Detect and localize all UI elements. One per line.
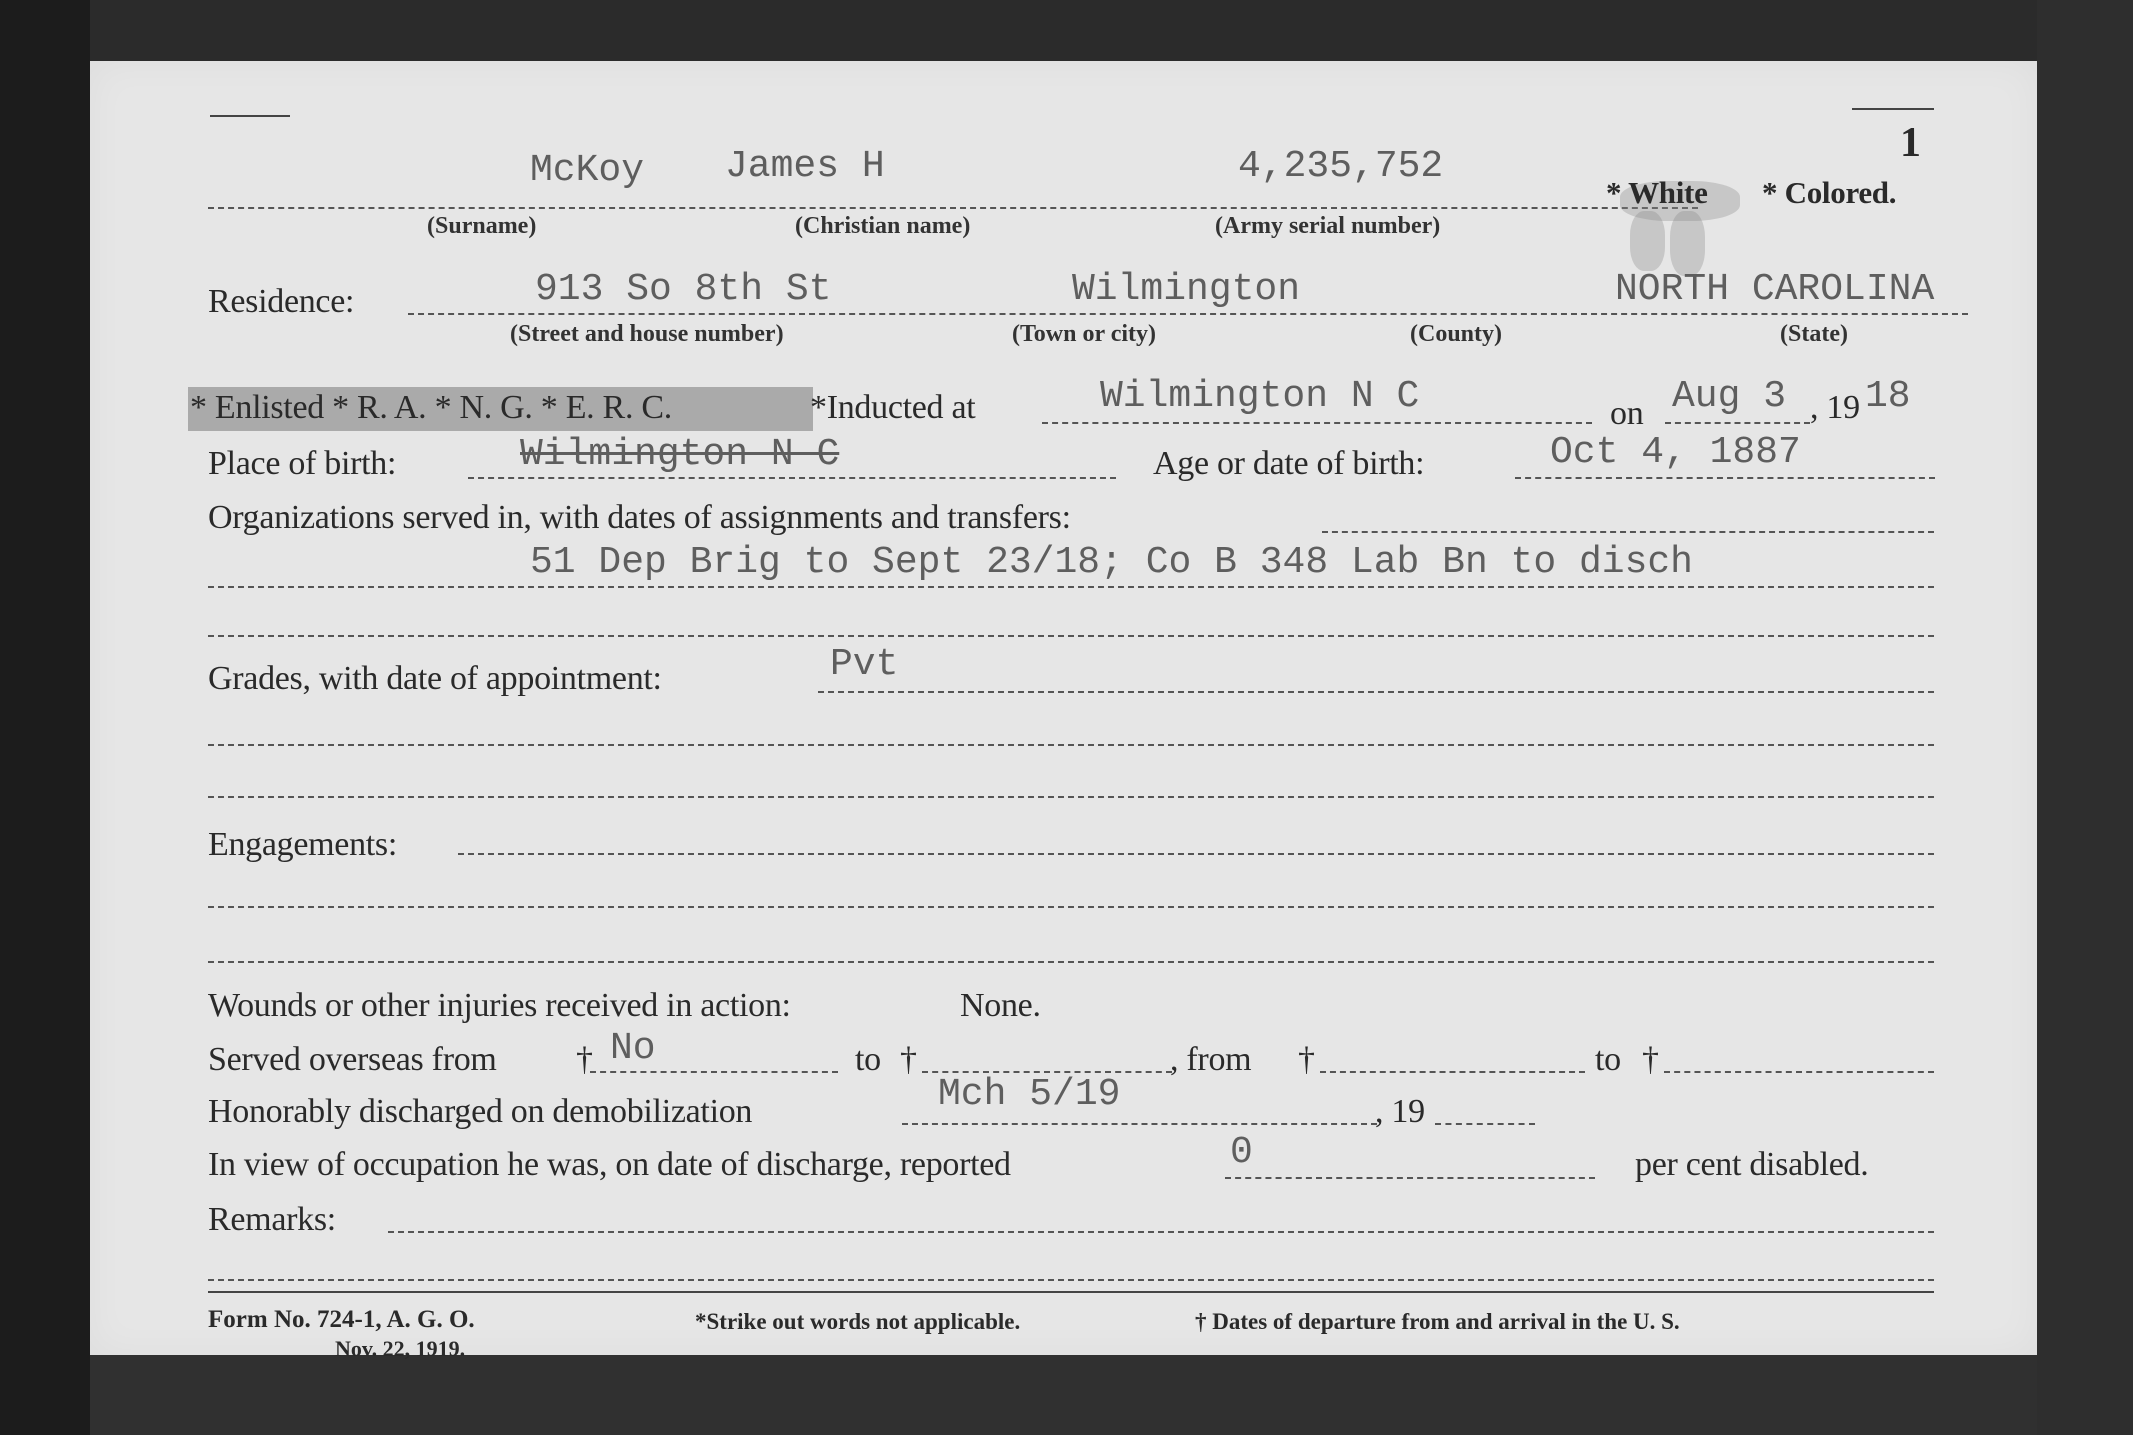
organizations-entry: 51 Dep Brig to Sept 23/18; Co B 348 Lab … bbox=[530, 541, 1693, 584]
overseas-to2-label: to bbox=[1595, 1041, 1621, 1079]
date-of-birth-label: Age or date of birth: bbox=[1153, 445, 1424, 483]
scan-border-bottom bbox=[90, 1355, 2037, 1435]
inducted-on-label: on bbox=[1610, 395, 1643, 433]
serial-number-label: (Army serial number) bbox=[1215, 213, 1440, 240]
overseas-to2-line bbox=[1664, 1071, 1934, 1073]
engagements-line-3 bbox=[208, 961, 1934, 963]
inducted-place-value: Wilmington N C bbox=[1100, 375, 1419, 418]
top-left-rule bbox=[210, 115, 290, 117]
remarks-line-1 bbox=[388, 1231, 1934, 1233]
surname-value: McKoy bbox=[530, 149, 644, 192]
discharge-date-line bbox=[902, 1123, 1377, 1125]
ink-smudge-drip bbox=[1630, 211, 1665, 271]
grades-line-3 bbox=[208, 796, 1934, 798]
surname-label: (Surname) bbox=[427, 213, 536, 240]
organizations-line-2 bbox=[208, 586, 1934, 588]
race-colored-option: * Colored. bbox=[1762, 175, 1896, 211]
engagements-line-1 bbox=[458, 853, 1934, 855]
inducted-date-line bbox=[1665, 422, 1810, 424]
dagger-icon: † bbox=[1642, 1041, 1659, 1079]
street-value: 913 So 8th St bbox=[535, 268, 831, 311]
disability-value: 0 bbox=[1230, 1131, 1253, 1174]
dagger-icon: † bbox=[900, 1041, 917, 1079]
dagger-icon: † bbox=[1298, 1041, 1315, 1079]
serial-number-value: 4,235,752 bbox=[1238, 145, 1443, 188]
scan-border-right bbox=[2037, 0, 2133, 1435]
disability-label: In view of occupation he was, on date of… bbox=[208, 1146, 1011, 1184]
discharge-label: Honorably discharged on demobilization bbox=[208, 1093, 752, 1131]
residence-label: Residence: bbox=[208, 283, 354, 321]
overseas-from-line bbox=[590, 1071, 838, 1073]
date-of-birth-value: Oct 4, 1887 bbox=[1550, 431, 1801, 474]
inducted-at-label: *Inducted at bbox=[810, 389, 975, 427]
grades-line-1 bbox=[818, 691, 1934, 693]
inducted-date-value: Aug 3 bbox=[1672, 375, 1786, 418]
inducted-place-line bbox=[1042, 422, 1592, 424]
disability-suffix: per cent disabled. bbox=[1635, 1146, 1868, 1184]
discharge-date-value: Mch 5/19 bbox=[938, 1073, 1120, 1116]
strike-out-note: *Strike out words not applicable. bbox=[695, 1309, 1020, 1335]
grades-entry: Pvt bbox=[830, 643, 898, 686]
place-of-birth-value: Wilmington N C bbox=[520, 433, 839, 476]
overseas-from-label: Served overseas from bbox=[208, 1041, 497, 1079]
street-label: (Street and house number) bbox=[510, 321, 784, 348]
christian-name-label: (Christian name) bbox=[795, 213, 970, 240]
organizations-label: Organizations served in, with dates of a… bbox=[208, 499, 1071, 537]
wounds-value: None. bbox=[960, 987, 1041, 1025]
engagements-label: Engagements: bbox=[208, 826, 397, 864]
wounds-label: Wounds or other injuries received in act… bbox=[208, 987, 791, 1025]
overseas-from2-label: , from bbox=[1170, 1041, 1251, 1079]
grades-label: Grades, with date of appointment: bbox=[208, 660, 662, 698]
name-line bbox=[208, 207, 1698, 209]
overseas-to-label: to bbox=[855, 1041, 881, 1079]
footer-rule bbox=[208, 1291, 1934, 1293]
remarks-line-2 bbox=[208, 1279, 1934, 1281]
form-number: Form No. 724-1, A. G. O. bbox=[208, 1306, 475, 1334]
overseas-from-value: No bbox=[610, 1027, 656, 1070]
date-of-birth-line bbox=[1515, 477, 1935, 479]
place-of-birth-line bbox=[468, 477, 1116, 479]
residence-line bbox=[408, 313, 1968, 315]
organizations-line-3 bbox=[208, 635, 1934, 637]
top-right-rule bbox=[1852, 108, 1934, 110]
form-date: Nov. 22, 1919. bbox=[335, 1336, 465, 1362]
discharge-year-line bbox=[1435, 1123, 1535, 1125]
state-label: (State) bbox=[1780, 321, 1848, 348]
enlistment-options-struck: * Enlisted * R. A. * N. G. * E. R. C. bbox=[190, 389, 672, 427]
organizations-line-1 bbox=[1322, 531, 1934, 533]
ink-smudge-drip bbox=[1670, 211, 1705, 276]
dagger-note: † Dates of departure from and arrival in… bbox=[1195, 1309, 1680, 1335]
grades-line-2 bbox=[208, 744, 1934, 746]
page-number: 1 bbox=[1900, 119, 1921, 167]
county-label: (County) bbox=[1410, 321, 1502, 348]
inducted-year-prefix: , 19 bbox=[1810, 389, 1860, 427]
town-value: Wilmington bbox=[1072, 268, 1300, 311]
state-value: NORTH CAROLINA bbox=[1615, 268, 1934, 311]
service-record-card: 1 McKoy James H 4,235,752 * White * Colo… bbox=[90, 61, 2037, 1355]
overseas-from2-line bbox=[1320, 1071, 1585, 1073]
dagger-icon: † bbox=[576, 1041, 593, 1079]
christian-name-value: James H bbox=[725, 145, 885, 188]
scan-border-left bbox=[0, 0, 90, 1435]
discharge-year-prefix: , 19 bbox=[1375, 1093, 1425, 1131]
inducted-year-value: 18 bbox=[1865, 375, 1911, 418]
race-white-option: * White bbox=[1606, 175, 1708, 211]
disability-line bbox=[1225, 1177, 1595, 1179]
engagements-line-2 bbox=[208, 906, 1934, 908]
remarks-label: Remarks: bbox=[208, 1201, 336, 1239]
town-label: (Town or city) bbox=[1012, 321, 1156, 348]
place-of-birth-label: Place of birth: bbox=[208, 445, 396, 483]
